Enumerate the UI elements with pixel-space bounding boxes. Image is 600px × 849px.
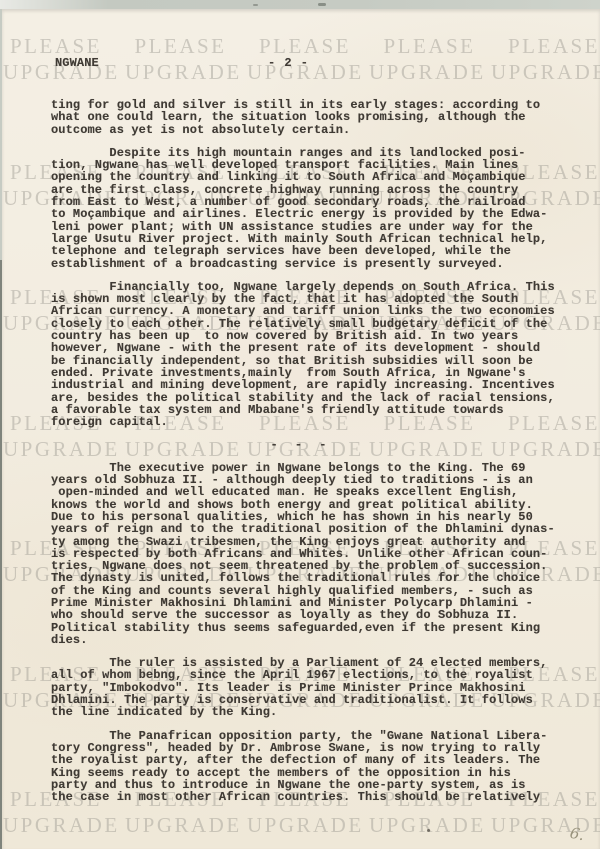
smudge <box>427 829 430 832</box>
watermark-text: PLEASE <box>384 34 476 59</box>
paragraph-transport: Despite its high mountain ranges and its… <box>51 147 551 270</box>
watermark-text: UPGRADE <box>369 60 486 85</box>
smudge <box>318 3 326 6</box>
watermark-text: UPGRADE <box>125 60 242 85</box>
paragraph-parliament: The ruler is assisted by a Parliament of… <box>51 657 551 718</box>
watermark-text: UPGRADE <box>247 813 364 838</box>
scanner-edge <box>0 0 600 9</box>
doc-title: NGWANE <box>55 57 99 69</box>
paragraph-mining: ting for gold and silver is still in its… <box>51 99 551 136</box>
paragraph-opposition: The Panafrican opposition party, the "Gw… <box>51 730 551 804</box>
watermark-text: UPGRADE <box>125 813 242 838</box>
section-separator: - - - <box>51 439 551 451</box>
scanned-document-page: PLEASEUPGRADEPLEASEUPGRADEPLEASEUPGRADEP… <box>0 0 600 849</box>
watermark-text: PLEASE <box>508 34 600 59</box>
watermark-text: UPGRADE <box>369 813 486 838</box>
document-body: ting for gold and silver is still in its… <box>51 99 551 814</box>
handwritten-page-mark: 6. <box>568 824 586 845</box>
watermark-text: PLEASE <box>135 34 227 59</box>
smudge <box>253 4 258 6</box>
paragraph-king: The executive power in Ngwane belongs to… <box>51 462 551 646</box>
scan-left-edge <box>0 260 2 849</box>
watermark-text: UPGRADE <box>491 60 600 85</box>
page-number: - 2 - <box>268 57 309 69</box>
paper: PLEASEUPGRADEPLEASEUPGRADEPLEASEUPGRADEP… <box>2 9 600 849</box>
watermark-text: UPGRADE <box>3 813 120 838</box>
paragraph-finance: Financially too, Ngwane largely depends … <box>51 281 551 429</box>
